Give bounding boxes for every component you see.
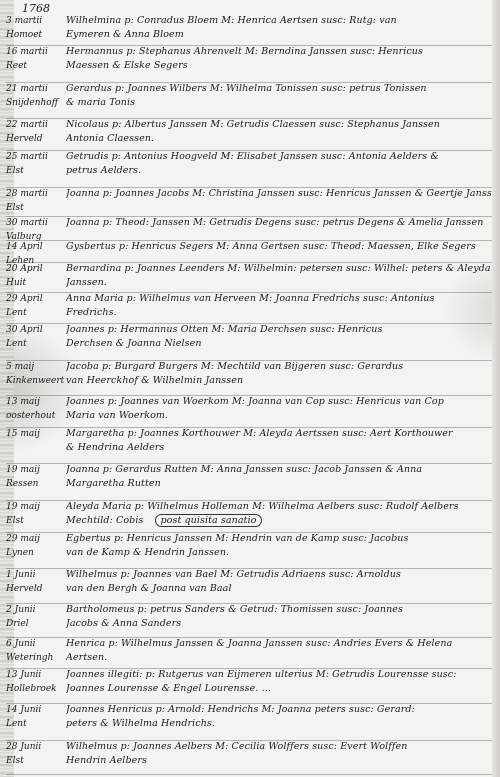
entry-line-text: Fredrichs. xyxy=(66,307,117,318)
entry-text: Joannes p: Hermannus Otten M: Maria Derc… xyxy=(66,323,492,351)
entry-line: Margaretha p: Joannes Korthouwer M: Aley… xyxy=(66,427,492,441)
entry-line-text: Mechtild: Cobis xyxy=(66,515,143,526)
entry-line: Wilhelmus p: Joannes Aelbers M: Cecilia … xyxy=(66,740,492,754)
entry-line-text: Joannes p: Hermannus Otten M: Maria Derc… xyxy=(66,324,383,335)
entry-line: Fredrichs. xyxy=(66,306,492,320)
entry-margin: 19 maijRessen xyxy=(6,463,64,491)
entry-place: oosterhout xyxy=(6,409,64,423)
entry-line: Jacobs & Anna Sanders xyxy=(66,617,492,631)
entry-date: 13 maij xyxy=(6,395,64,409)
entry-text: Hermannus p: Stephanus Ahrenvelt M: Bern… xyxy=(66,45,492,73)
entry-line-text: Aertsen. xyxy=(66,652,107,663)
entry-line-text: Jacoba p: Burgard Burgers M: Mechtild va… xyxy=(66,361,403,372)
register-entry: 22 martiiHerveldNicolaus p: Albertus Jan… xyxy=(6,118,492,151)
entry-line: Joannes Lourensse & Engel Lourensse. ... xyxy=(66,682,492,696)
entry-line: Gerardus p: Joannes Wilbers M: Wilhelma … xyxy=(66,82,492,96)
entry-line-text: Henrica p: Wilhelmus Janssen & Joanna Ja… xyxy=(66,638,452,649)
entry-line-text: Gysbertus p: Henricus Segers M: Anna Ger… xyxy=(66,241,476,252)
entry-date: 3 martii xyxy=(6,14,64,28)
register-entry: 13 JuniiHollebroekJoannes illegiti: p: R… xyxy=(6,668,492,704)
entry-line-text: Getrudis p: Antonius Hoogveld M: Elisabe… xyxy=(66,151,439,162)
entry-margin: 6 JuniiWeteringh xyxy=(6,637,64,665)
entry-line: Joanna p: Joannes Jacobs M: Christina Ja… xyxy=(66,187,492,201)
entry-text: Wilhelmus p: Joannes van Bael M: Getrudi… xyxy=(66,568,492,596)
entry-line: Bartholomeus p: petrus Sanders & Getrud:… xyxy=(66,603,492,617)
entry-place: Snijdenhoff xyxy=(6,96,64,110)
register-entry: 6 JuniiWeteringhHenrica p: Wilhelmus Jan… xyxy=(6,637,492,669)
register-entry: 14 AprilLehenGysbertus p: Henricus Seger… xyxy=(6,240,492,263)
entry-date: 29 April xyxy=(6,292,64,306)
entry-text: Joanna p: Theod: Janssen M: Getrudis Deg… xyxy=(66,216,492,230)
register-entry: 15 maijMargaretha p: Joannes Korthouwer … xyxy=(6,427,492,464)
entry-line: Antonia Claessen. xyxy=(66,132,492,146)
entry-line: petrus Aelders. xyxy=(66,164,492,178)
entry-margin: 1 JuniiHerveld xyxy=(6,568,64,596)
entry-line-text: Joannes Henricus p: Arnold: Hendrichs M:… xyxy=(66,704,415,715)
entry-margin: 22 martiiHerveld xyxy=(6,118,64,146)
entry-line-text: peters & Wilhelma Hendrichs. xyxy=(66,718,215,729)
register-entry: 19 maijRessenJoanna p: Gerardus Rutten M… xyxy=(6,463,492,501)
register-entry: 19 maijElstAleyda Maria p: Wilhelmus Hol… xyxy=(6,500,492,533)
entry-line-text: Egbertus p: Henricus Janssen M: Hendrin … xyxy=(66,533,408,544)
entry-line-text: Joannes p: Joannes van Woerkom M: Joanna… xyxy=(66,396,444,407)
entry-line-text: Bernardina p: Joannes Leenders M: Wilhel… xyxy=(66,263,491,274)
entry-margin: 28 JuniiElst xyxy=(6,740,64,768)
entry-line-text: Joanna p: Gerardus Rutten M: Anna Jansse… xyxy=(66,464,422,475)
entry-date: 2 Junii xyxy=(6,603,64,617)
entry-line: Henrica p: Wilhelmus Janssen & Joanna Ja… xyxy=(66,637,492,651)
register-entry: 3 martiiHomoetWilhelmina p: Conradus Blo… xyxy=(6,14,492,46)
entry-line-text: Joannes illegiti: p: Rutgerus van Eijmer… xyxy=(66,669,457,680)
entry-date: 25 martii xyxy=(6,150,64,164)
entry-place: Weteringh xyxy=(6,651,64,665)
entry-line: Joanna p: Gerardus Rutten M: Anna Jansse… xyxy=(66,463,492,477)
entry-date: 21 martii xyxy=(6,82,64,96)
entry-place: Lent xyxy=(6,717,64,731)
entry-line-text: Derchsen & Joanna Nielsen xyxy=(66,338,202,349)
entry-line-text: van Heerckhof & Wilhelmin Janssen xyxy=(66,375,243,386)
entry-text: Aleyda Maria p: Wilhelmus Holleman M: Wi… xyxy=(66,500,492,528)
entry-date: 16 martii xyxy=(6,45,64,59)
entry-line: Aleyda Maria p: Wilhelmus Holleman M: Wi… xyxy=(66,500,492,514)
entry-line: Getrudis p: Antonius Hoogveld M: Elisabe… xyxy=(66,150,492,164)
entry-margin: 5 maijKinkenweert xyxy=(6,360,64,388)
entry-date: 14 Junii xyxy=(6,703,64,717)
register-entry: 2 JuniiDrielBartholomeus p: petrus Sande… xyxy=(6,603,492,638)
register-entry: 1 JuniiHerveldWilhelmus p: Joannes van B… xyxy=(6,568,492,604)
entry-place: Driel xyxy=(6,617,64,631)
register-entry: 25 martiiElstGetrudis p: Antonius Hoogve… xyxy=(6,150,492,188)
entry-line: Maessen & Elske Segers xyxy=(66,59,492,73)
entry-place: Elst xyxy=(6,164,64,178)
entry-date: 22 martii xyxy=(6,118,64,132)
entry-place: Kinkenweert xyxy=(6,374,64,388)
entry-line-text: & Hendrina Aelders xyxy=(66,442,164,453)
entry-line: Gysbertus p: Henricus Segers M: Anna Ger… xyxy=(66,240,492,254)
entry-date: 14 April xyxy=(6,240,64,254)
entry-line: Egbertus p: Henricus Janssen M: Hendrin … xyxy=(66,532,492,546)
entry-place: Hollebroek xyxy=(6,682,64,696)
entry-text: Nicolaus p: Albertus Janssen M: Getrudis… xyxy=(66,118,492,146)
entry-text: Wilhelmina p: Conradus Bloem M: Henrica … xyxy=(66,14,492,42)
entry-margin: 19 maijElst xyxy=(6,500,64,528)
entry-line: Jacoba p: Burgard Burgers M: Mechtild va… xyxy=(66,360,492,374)
entry-date: 13 Junii xyxy=(6,668,64,682)
register-entry: 28 martiiElstJoanna p: Joannes Jacobs M:… xyxy=(6,187,492,217)
entry-line-text: petrus Aelders. xyxy=(66,165,141,176)
entry-date: 20 April xyxy=(6,262,64,276)
entry-margin: 14 JuniiLent xyxy=(6,703,64,731)
entry-date: 19 maij xyxy=(6,500,64,514)
entry-date: 5 maij xyxy=(6,360,64,374)
register-entry: 20 AprilHuitBernardina p: Joannes Leende… xyxy=(6,262,492,293)
entry-text: Getrudis p: Antonius Hoogveld M: Elisabe… xyxy=(66,150,492,178)
entry-line: Joannes Henricus p: Arnold: Hendrichs M:… xyxy=(66,703,492,717)
entry-line: peters & Wilhelma Hendrichs. xyxy=(66,717,492,731)
entry-date: 30 April xyxy=(6,323,64,337)
entry-line: Joannes p: Joannes van Woerkom M: Joanna… xyxy=(66,395,492,409)
entry-line: & Hendrina Aelders xyxy=(66,441,492,455)
entry-place: Ressen xyxy=(6,477,64,491)
entry-date: 15 maij xyxy=(6,427,64,441)
entry-place: Reet xyxy=(6,59,64,73)
entry-margin: 15 maij xyxy=(6,427,64,441)
entry-text: Anna Maria p: Wilhelmus van Herveen M: J… xyxy=(66,292,492,320)
entry-line-text: Maessen & Elske Segers xyxy=(66,60,188,71)
entry-line-text: Wilhelmus p: Joannes Aelbers M: Cecilia … xyxy=(66,741,407,752)
entry-text: Egbertus p: Henricus Janssen M: Hendrin … xyxy=(66,532,492,560)
entry-line-text: Wilhelmina p: Conradus Bloem M: Henrica … xyxy=(66,15,397,26)
entry-text: Margaretha p: Joannes Korthouwer M: Aley… xyxy=(66,427,492,455)
entry-line: Joannes p: Hermannus Otten M: Maria Derc… xyxy=(66,323,492,337)
entry-text: Henrica p: Wilhelmus Janssen & Joanna Ja… xyxy=(66,637,492,665)
entry-line: van den Bergh & Joanna van Baal xyxy=(66,582,492,596)
entry-line: Anna Maria p: Wilhelmus van Herveen M: J… xyxy=(66,292,492,306)
entry-place: Lynen xyxy=(6,546,64,560)
entry-place: Elst xyxy=(6,514,64,528)
entry-date: 30 martii xyxy=(6,216,64,230)
entry-line-text: Hendrin Aelbers xyxy=(66,755,147,766)
boxed-annotation: post quisita sanatio xyxy=(155,514,261,527)
entry-line: Wilhelmina p: Conradus Bloem M: Henrica … xyxy=(66,14,492,28)
entry-date: 28 Junii xyxy=(6,740,64,754)
entry-place: Lent xyxy=(6,337,64,351)
register-entry: 30 AprilLentJoannes p: Hermannus Otten M… xyxy=(6,323,492,361)
entry-line: Nicolaus p: Albertus Janssen M: Getrudis… xyxy=(66,118,492,132)
entry-line-text: Margaretha Rutten xyxy=(66,478,161,489)
entry-place: Huit xyxy=(6,276,64,290)
entry-line-text: Joannes Lourensse & Engel Lourensse. ... xyxy=(66,683,271,694)
entry-place: Lent xyxy=(6,306,64,320)
entry-date: 19 maij xyxy=(6,463,64,477)
entry-line: & maria Tonis xyxy=(66,96,492,110)
entry-margin: 21 martiiSnijdenhoff xyxy=(6,82,64,110)
entry-place: Homoet xyxy=(6,28,64,42)
entry-line: Wilhelmus p: Joannes van Bael M: Getrudi… xyxy=(66,568,492,582)
entry-line-text: Antonia Claessen. xyxy=(66,133,154,144)
entry-line-text: Joanna p: Joannes Jacobs M: Christina Ja… xyxy=(66,188,492,199)
entry-text: Bernardina p: Joannes Leenders M: Wilhel… xyxy=(66,262,492,290)
entry-line-text: Nicolaus p: Albertus Janssen M: Getrudis… xyxy=(66,119,440,130)
entry-line-text: Jacobs & Anna Sanders xyxy=(66,618,181,629)
entry-line: Aertsen. xyxy=(66,651,492,665)
entry-text: Joannes p: Joannes van Woerkom M: Joanna… xyxy=(66,395,492,423)
entry-text: Gerardus p: Joannes Wilbers M: Wilhelma … xyxy=(66,82,492,110)
register-entry: 13 maijoosterhoutJoannes p: Joannes van … xyxy=(6,395,492,428)
register-entry: 29 maijLynenEgbertus p: Henricus Janssen… xyxy=(6,532,492,569)
entry-date: 28 martii xyxy=(6,187,64,201)
entry-date: 29 maij xyxy=(6,532,64,546)
entry-line-text: Anna Maria p: Wilhelmus van Herveen M: J… xyxy=(66,293,434,304)
entry-line-text: van de Kamp & Hendrin Janssen. xyxy=(66,547,229,558)
entry-line-text: Aleyda Maria p: Wilhelmus Holleman M: Wi… xyxy=(66,501,459,512)
entry-text: Joannes Henricus p: Arnold: Hendrichs M:… xyxy=(66,703,492,731)
entry-line: Bernardina p: Joannes Leenders M: Wilhel… xyxy=(66,262,492,276)
entry-place: Elst xyxy=(6,754,64,768)
entry-text: Joanna p: Gerardus Rutten M: Anna Jansse… xyxy=(66,463,492,491)
entry-line: Hermannus p: Stephanus Ahrenvelt M: Bern… xyxy=(66,45,492,59)
entry-text: Wilhelmus p: Joannes Aelbers M: Cecilia … xyxy=(66,740,492,768)
entry-margin: 16 martiiReet xyxy=(6,45,64,73)
entry-line: van de Kamp & Hendrin Janssen. xyxy=(66,546,492,560)
entry-line: Eymeren & Anna Bloem xyxy=(66,28,492,42)
entry-line-text: Margaretha p: Joannes Korthouwer M: Aley… xyxy=(66,428,453,439)
entry-line: Derchsen & Joanna Nielsen xyxy=(66,337,492,351)
entry-line: Joanna p: Theod: Janssen M: Getrudis Deg… xyxy=(66,216,492,230)
entry-margin: 29 AprilLent xyxy=(6,292,64,320)
entry-line: Hendrin Aelbers xyxy=(66,754,492,768)
entry-line-text: Eymeren & Anna Bloem xyxy=(66,29,184,40)
entry-line: Maria van Woerkom. xyxy=(66,409,492,423)
entry-text: Bartholomeus p: petrus Sanders & Getrud:… xyxy=(66,603,492,631)
entry-line-text: Bartholomeus p: petrus Sanders & Getrud:… xyxy=(66,604,403,615)
entry-text: Gysbertus p: Henricus Segers M: Anna Ger… xyxy=(66,240,492,254)
entry-line-text: Janssen. xyxy=(66,277,107,288)
entry-place: Herveld xyxy=(6,582,64,596)
entry-margin: 13 JuniiHollebroek xyxy=(6,668,64,696)
entry-line: Margaretha Rutten xyxy=(66,477,492,491)
register-entry: 16 martiiReetHermannus p: Stephanus Ahre… xyxy=(6,45,492,83)
entry-line: Joannes illegiti: p: Rutgerus van Eijmer… xyxy=(66,668,492,682)
register-entry: 28 JuniiElstWilhelmus p: Joannes Aelbers… xyxy=(6,740,492,775)
register-entry: 14 JuniiLentJoannes Henricus p: Arnold: … xyxy=(6,703,492,741)
register-entry: 30 martiiValburgJoanna p: Theod: Janssen… xyxy=(6,216,492,241)
entry-line-text: Joanna p: Theod: Janssen M: Getrudis Deg… xyxy=(66,217,483,228)
entry-line: Janssen. xyxy=(66,276,492,290)
entry-text: Joannes illegiti: p: Rutgerus van Eijmer… xyxy=(66,668,492,696)
entry-text: Joanna p: Joannes Jacobs M: Christina Ja… xyxy=(66,187,492,201)
register-page: 1768 3 martiiHomoetWilhelmina p: Conradu… xyxy=(0,0,500,777)
entry-margin: 3 martiiHomoet xyxy=(6,14,64,42)
entry-line-text: & maria Tonis xyxy=(66,97,135,108)
entry-margin: 13 maijoosterhout xyxy=(6,395,64,423)
entry-margin: 30 AprilLent xyxy=(6,323,64,351)
page-edge xyxy=(492,0,500,777)
entry-line: van Heerckhof & Wilhelmin Janssen xyxy=(66,374,492,388)
register-entry: 29 AprilLentAnna Maria p: Wilhelmus van … xyxy=(6,292,492,324)
entry-margin: 29 maijLynen xyxy=(6,532,64,560)
entry-line: Mechtild: Cobispost quisita sanatio xyxy=(66,514,492,528)
entry-text: Jacoba p: Burgard Burgers M: Mechtild va… xyxy=(66,360,492,388)
entry-margin: 25 martiiElst xyxy=(6,150,64,178)
entry-place: Herveld xyxy=(6,132,64,146)
entry-line-text: Gerardus p: Joannes Wilbers M: Wilhelma … xyxy=(66,83,427,94)
register-entry: 5 maijKinkenweertJacoba p: Burgard Burge… xyxy=(6,360,492,396)
entry-place: Elst xyxy=(6,201,64,215)
register-entry: 21 martiiSnijdenhoffGerardus p: Joannes … xyxy=(6,82,492,119)
entry-margin: 28 martiiElst xyxy=(6,187,64,215)
entry-date: 6 Junii xyxy=(6,637,64,651)
entry-line-text: Wilhelmus p: Joannes van Bael M: Getrudi… xyxy=(66,569,401,580)
entry-line-text: van den Bergh & Joanna van Baal xyxy=(66,583,232,594)
entry-line-text: Hermannus p: Stephanus Ahrenvelt M: Bern… xyxy=(66,46,423,57)
entry-line-text: Maria van Woerkom. xyxy=(66,410,168,421)
entry-date: 1 Junii xyxy=(6,568,64,582)
entry-margin: 2 JuniiDriel xyxy=(6,603,64,631)
entry-margin: 20 AprilHuit xyxy=(6,262,64,290)
